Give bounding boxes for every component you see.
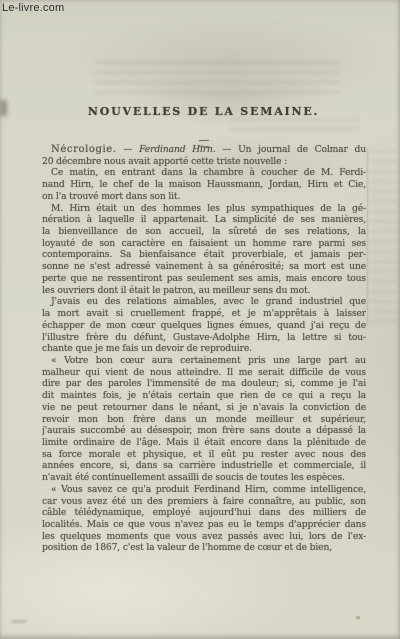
text-line: contemporains. Sa bienfaisance était pro… [42, 249, 366, 261]
text-line: nand Hirn, le chef de la maison Haussman… [42, 179, 366, 191]
text-line: limite ordinaire de l'âge. Mais il était… [42, 437, 366, 449]
text-line: sonne ne s'est adressé vainement à sa gé… [42, 261, 366, 273]
text-line: les ouvriers dont il était le patron, au… [42, 285, 366, 297]
bleed-through-texture [370, 150, 396, 330]
text-line: on l'a trouvé mort dans son lit. [42, 191, 366, 203]
text-line: l'illustre frère du défunt, Gustave-Adol… [42, 332, 366, 344]
text-line: années encore, si, dans sa carrière indu… [42, 460, 366, 472]
text-line: sa force morale et physique, et il eût p… [42, 449, 366, 461]
page-fold-line [367, 148, 368, 326]
text-line: vie ne peut retourner dans le néant, si … [42, 402, 366, 414]
ink-smudge [0, 100, 7, 116]
text-line: échapper de mon cœur quelques lignes ému… [42, 320, 366, 332]
text-line: câble télédynamique, employé aujourd'hui… [42, 507, 366, 519]
text-line: Nécrologie. — Ferdinand Hirn. — Un journ… [42, 144, 366, 156]
text-line: nération à laquelle il appartenait. La s… [42, 214, 366, 226]
text-line: la bienveillance de son accueil, la sûre… [42, 226, 366, 238]
text-line: malheur qui vient de nous atteindre. Il … [42, 367, 366, 379]
text-line: M. Hirn était un des hommes les plus sym… [42, 203, 366, 215]
text-line: loyauté de son caractère en faisaient un… [42, 238, 366, 250]
text-line: dit maintes fois, je n'étais certain que… [42, 390, 366, 402]
text-line: perte que ne ressentiront pas seulement … [42, 273, 366, 285]
watermark-text: Le-livre.com [2, 2, 64, 14]
text-line: revoir mon bon frère dans un monde meill… [42, 414, 366, 426]
scanned-page: Le-livre.com NOUVELLES DE LA SEMAINE. Né… [0, 0, 400, 639]
text-line: position de 1867, c'est la valeur de l'h… [42, 542, 366, 554]
text-line: 20 décembre nous avait apporté cette tri… [42, 156, 366, 168]
text-line: Ce matin, en entrant dans la chambre à c… [42, 167, 366, 179]
text-line: J'avais eu des relations aimables, avec … [42, 296, 366, 308]
text-line: « Votre bon cœur aura certainement pris … [42, 355, 366, 367]
text-lines: Nécrologie. — Ferdinand Hirn. — Un journ… [42, 144, 366, 554]
text-line: chante que je me fais un devoir de repro… [42, 343, 366, 355]
text-line: dire par des paroles l'immensité de ma d… [42, 378, 366, 390]
text-line: la mort avait si cruellement frappé, et … [42, 308, 366, 320]
text-line: les quelques moments que vous avez passé… [42, 531, 366, 543]
text-line: « Vous savez ce qu'a produit Ferdinand H… [42, 484, 366, 496]
page-title: NOUVELLES DE LA SEMAINE. [42, 105, 365, 118]
paper-speck [12, 620, 26, 623]
paper-speck [356, 616, 360, 619]
bleed-through-texture [95, 55, 340, 101]
text-line: localités. Mais ce que vous n'avez pas e… [42, 519, 366, 531]
text-line: j'aurais succombé au désespoir, mon frèr… [42, 425, 366, 437]
text-line: n'avait été continuellement assailli de … [42, 472, 366, 484]
text-line: car vous avez été un des premiers à fair… [42, 496, 366, 508]
